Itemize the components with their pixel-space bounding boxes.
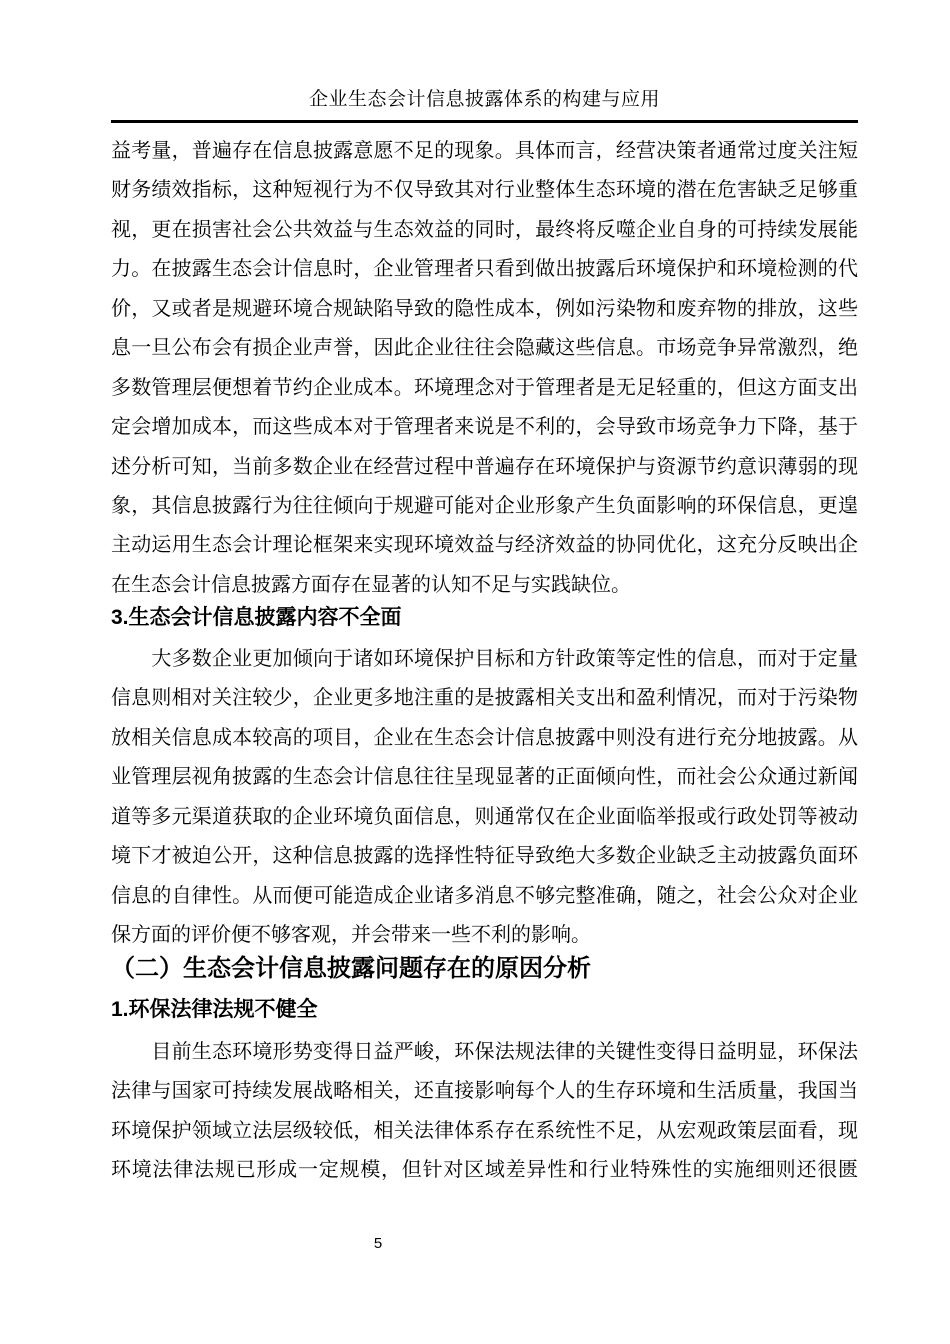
para-3-line-3: 环境保护领域立法层级较低，相关法律体系存在系统性不足，从宏观政策层面看，现有 bbox=[111, 1112, 858, 1151]
para-3-line-4: 环境法律法规已形成一定规模，但针对区域差异性和行业特殊性的实施细则还很匮乏。 bbox=[111, 1151, 858, 1190]
para-1-line-2: 财务绩效指标，这种短视行为不仅导致其对行业整体生态环境的潜在危害缺乏足够重 bbox=[111, 171, 858, 210]
para-1: 益考量，普遍存在信息披露意愿不足的现象。具体而言，经营决策者通常过度关注短期财务… bbox=[111, 132, 858, 605]
para-2: 大多数企业更加倾向于诸如环境保护目标和方针政策等定性的信息，而对于定量的信息则相… bbox=[111, 640, 858, 956]
para-2-line-1: 大多数企业更加倾向于诸如环境保护目标和方针政策等定性的信息，而对于定量的 bbox=[111, 640, 858, 679]
para-1-line-11: 主动运用生态会计理论框架来实现环境效益与经济效益的协同优化，这充分反映出企业 bbox=[111, 526, 858, 565]
para-1-line-5: 价，又或者是规避环境合规缺陷导致的隐性成本，例如污染物和废弃物的排放，这些信 bbox=[111, 290, 858, 329]
header-title: 企业生态会计信息披露体系的构建与应用 bbox=[111, 86, 858, 114]
page-number: 5 bbox=[360, 1234, 396, 1254]
para-2-line-7: 信息的自律性。从而便可能造成企业诸多消息不够完整准确，随之，社会公众对企业环 bbox=[111, 877, 858, 916]
para-1-line-6: 息一旦公布会有损企业声誉，因此企业往往会隐藏这些信息。市场竞争异常激烈，绝大 bbox=[111, 329, 858, 368]
section-2-heading: （二）生态会计信息披露问题存在的原因分析 bbox=[111, 952, 858, 986]
para-2-line-2: 信息则相对关注较少，企业更多地注重的是披露相关支出和盈利情况，而对于污染物排 bbox=[111, 679, 858, 718]
document-page: 企业生态会计信息披露体系的构建与应用 益考量，普遍存在信息披露意愿不足的现象。具… bbox=[0, 0, 950, 1344]
para-2-line-3: 放相关信息成本较高的项目，企业在生态会计信息披露中则没有进行充分地披露。从企 bbox=[111, 719, 858, 758]
para-1-line-9: 述分析可知，当前多数企业在经营过程中普遍存在环境保护与资源节约意识薄弱的现 bbox=[111, 448, 858, 487]
para-1-line-7: 多数管理层便想着节约企业成本。环境理念对于管理者是无足轻重的，但这方面支出必 bbox=[111, 369, 858, 408]
para-1-line-4: 力。在披露生态会计信息时，企业管理者只看到做出披露后环境保护和环境检测的代 bbox=[111, 250, 858, 289]
para-1-line-12: 在生态会计信息披露方面存在显著的认知不足与实践缺位。 bbox=[111, 566, 858, 605]
para-1-line-8: 定会增加成本，而这些成本对于管理者来说是不利的，会导致市场竞争力下降，基于上 bbox=[111, 408, 858, 447]
para-3: 目前生态环境形势变得日益严峻，环保法规法律的关键性变得日益明显，环保法规法律与国… bbox=[111, 1033, 858, 1191]
para-2-line-5: 道等多元渠道获取的企业环境负面信息，则通常仅在企业面临举报或行政处罚等被动情 bbox=[111, 798, 858, 837]
para-2-line-6: 境下才被迫公开，这种信息披露的选择性特征导致绝大多数企业缺乏主动披露负面环境 bbox=[111, 837, 858, 876]
para-1-line-1: 益考量，普遍存在信息披露意愿不足的现象。具体而言，经营决策者通常过度关注短期 bbox=[111, 132, 858, 171]
para-1-line-3: 视，更在损害社会公共效益与生态效益的同时，最终将反噬企业自身的可持续发展能 bbox=[111, 211, 858, 250]
para-3-line-2: 法律与国家可持续发展战略相关，还直接影响每个人的生存环境和生活质量，我国当前 bbox=[111, 1072, 858, 1111]
para-2-line-8: 保方面的评价便不够客观，并会带来一些不利的影响。 bbox=[111, 916, 858, 955]
heading-1: 1.环保法律法规不健全 bbox=[111, 995, 858, 1025]
para-3-line-1: 目前生态环境形势变得日益严峻，环保法规法律的关键性变得日益明显，环保法规 bbox=[111, 1033, 858, 1072]
header-rule bbox=[111, 120, 858, 123]
para-2-line-4: 业管理层视角披露的生态会计信息往往呈现显著的正面倾向性，而社会公众通过新闻报 bbox=[111, 758, 858, 797]
para-1-line-10: 象，其信息披露行为往往倾向于规避可能对企业形象产生负面影响的环保信息，更遑论 bbox=[111, 487, 858, 526]
heading-3: 3.生态会计信息披露内容不全面 bbox=[111, 603, 858, 633]
